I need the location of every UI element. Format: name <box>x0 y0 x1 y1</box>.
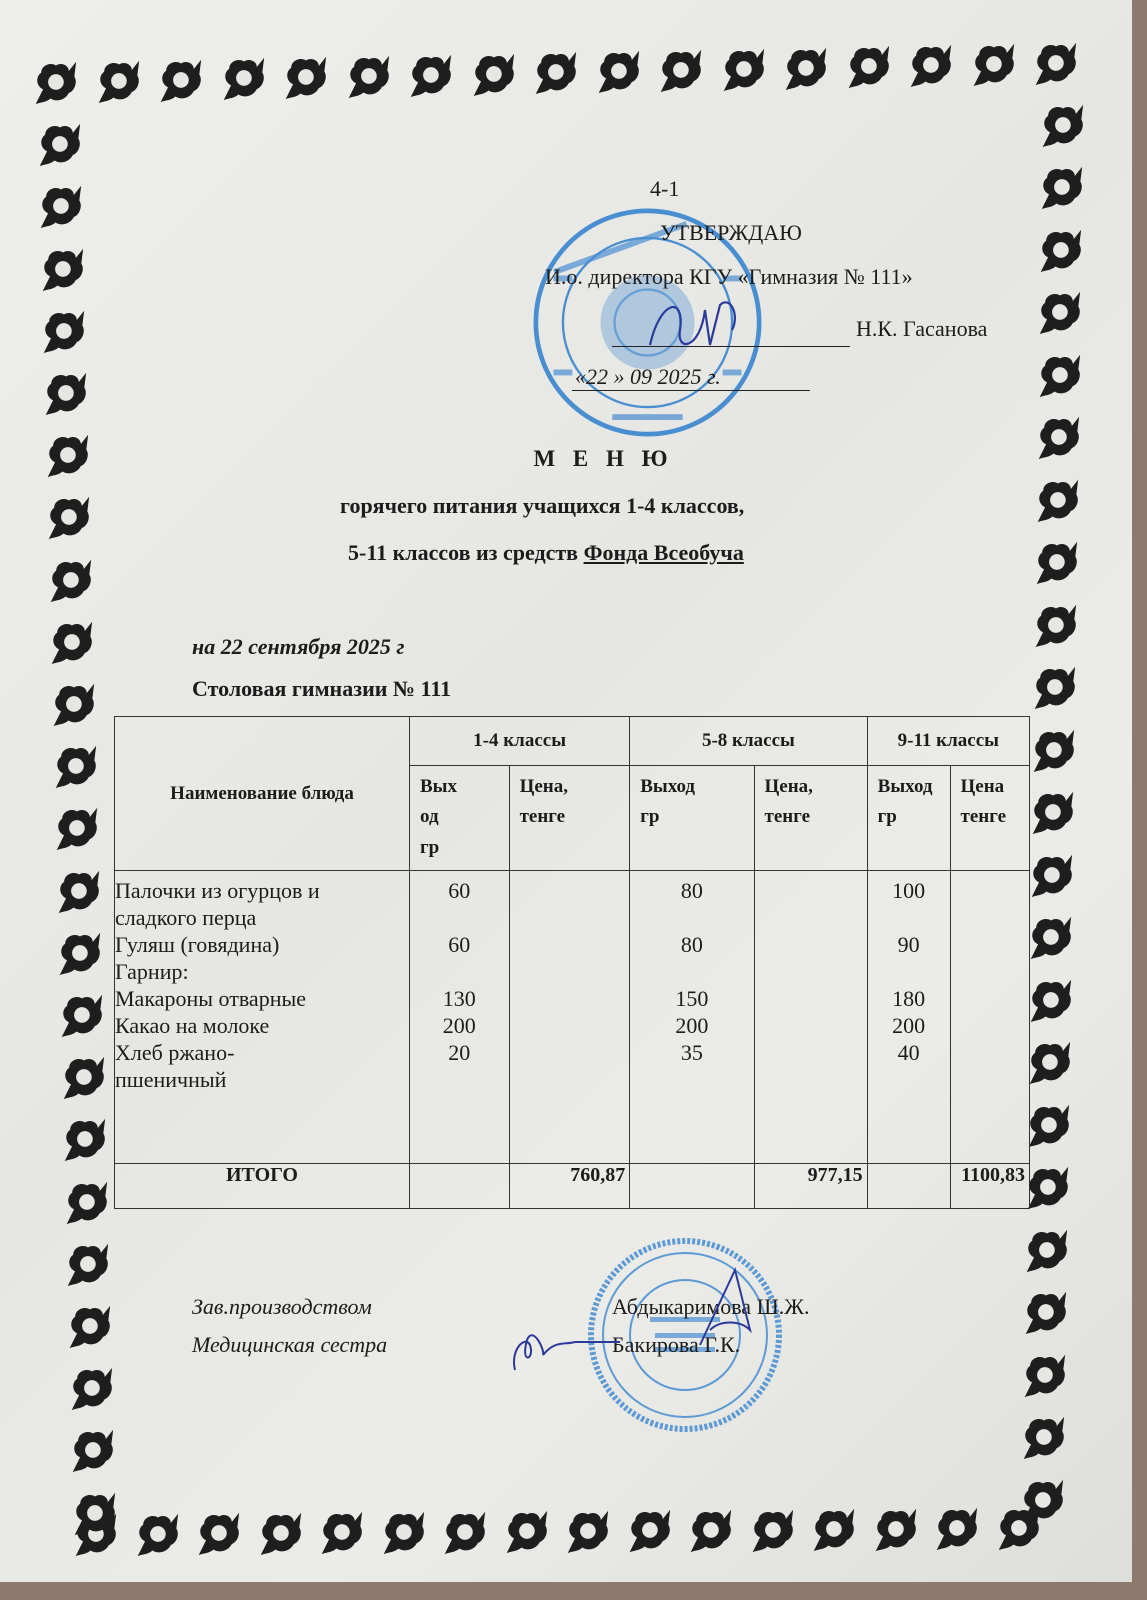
flower-ornament-icon <box>810 1505 856 1553</box>
total-price: 1100,83 <box>950 1164 1029 1209</box>
canteen-name: Столовая гимназии № 111 <box>192 676 451 702</box>
flower-ornament-icon <box>1032 601 1078 649</box>
dish-names: Палочки из огурцов исладкого перцаГуляш … <box>115 871 410 1164</box>
flower-ornament-icon <box>1020 1413 1066 1461</box>
dishes-row: Палочки из огурцов исладкого перцаГуляш … <box>115 871 1030 1164</box>
flower-ornament-icon <box>134 1510 180 1558</box>
dish-name: Палочки из огурцов и <box>115 877 409 904</box>
nurse-signature <box>505 1320 625 1380</box>
flower-ornament-icon <box>1027 976 1073 1024</box>
menu-date: на 22 сентября 2025 г <box>192 634 405 660</box>
flower-ornament-icon <box>782 44 828 92</box>
flower-ornament-icon <box>220 54 266 102</box>
flower-ornament-icon <box>532 48 578 96</box>
yield-values: 808015020035 <box>630 871 754 1164</box>
flower-ornament-icon <box>55 867 101 915</box>
yield-value: 80 <box>630 931 753 958</box>
nurse-name: Бакирова Г.К. <box>612 1332 740 1358</box>
document-page: 4-1 УТВЕРЖДАЮ И.о. директора КГУ «Гимназ… <box>0 0 1132 1582</box>
flower-ornament-icon <box>56 929 102 977</box>
flower-ornament-icon <box>1034 476 1080 524</box>
flower-ornament-icon <box>1033 538 1079 586</box>
flower-ornament-icon <box>52 742 98 790</box>
director-signature <box>640 290 760 360</box>
flower-ornament-icon <box>1031 663 1077 711</box>
yield-value: 60 <box>410 877 509 904</box>
flower-ornament-icon <box>407 51 453 99</box>
director-signature-line <box>612 346 850 347</box>
flower-ornament-icon <box>933 1504 979 1552</box>
yield-value: 100 <box>868 877 950 904</box>
flower-ornament-icon <box>66 1302 112 1350</box>
flower-ornament-icon <box>1023 1226 1069 1274</box>
flower-ornament-icon <box>36 120 82 168</box>
flower-ornament-icon <box>37 182 83 230</box>
yield-value: 35 <box>630 1039 753 1066</box>
flower-ornament-icon <box>657 46 703 94</box>
flower-ornament-icon <box>1036 351 1082 399</box>
price-values <box>509 871 630 1164</box>
menu-subtitle-line1: горячего питания учащихся 1-4 классов, <box>340 493 744 519</box>
flower-ornament-icon <box>687 1506 733 1554</box>
flower-ornament-icon <box>282 53 328 101</box>
flower-ornament-icon <box>1037 226 1083 274</box>
flower-ornament-icon <box>95 57 141 105</box>
document-number: 4-1 <box>650 176 679 202</box>
total-yield-empty <box>630 1164 754 1209</box>
dish-name-header: Наименование блюда <box>115 717 410 871</box>
yield-values: 1009018020040 <box>867 871 950 1164</box>
price-header: Цена,тенге <box>509 766 630 871</box>
flower-ornament-icon <box>1026 1038 1072 1086</box>
director-title: И.о. директора КГУ «Гимназия № 111» <box>545 264 913 290</box>
flower-ornament-icon <box>872 1505 918 1553</box>
total-yield-empty <box>867 1164 950 1209</box>
approval-date-line <box>572 390 810 391</box>
yield-header: Выходгр <box>867 766 950 871</box>
production-manager-role: Зав.производством <box>192 1294 372 1320</box>
yield-header: Выходгр <box>630 766 754 871</box>
total-price: 760,87 <box>509 1164 630 1209</box>
flower-ornament-icon <box>63 1178 109 1226</box>
flower-ornament-icon <box>626 1506 672 1554</box>
flower-ornament-icon <box>1025 1101 1071 1149</box>
flower-ornament-icon <box>48 618 94 666</box>
flower-ornament-icon <box>61 1115 107 1163</box>
total-price: 977,15 <box>754 1164 867 1209</box>
yield-value: 180 <box>868 985 950 1012</box>
dish-name: Гуляш (говядина) <box>115 931 409 958</box>
flower-ornament-icon <box>58 991 104 1039</box>
subtitle-prefix: 5-11 классов из средств <box>348 540 584 565</box>
flower-ornament-icon <box>40 307 86 355</box>
flower-ornament-icon <box>42 369 88 417</box>
flower-ornament-icon <box>32 58 78 106</box>
approve-label: УТВЕРЖДАЮ <box>660 220 802 246</box>
yield-value <box>630 904 753 931</box>
price-values <box>754 871 867 1164</box>
dish-name: Макароны отварные <box>115 985 409 1012</box>
yield-value: 130 <box>410 985 509 1012</box>
yield-value: 150 <box>630 985 753 1012</box>
group-header: 9-11 классы <box>867 717 1029 766</box>
flower-ornament-icon <box>47 556 93 604</box>
flower-ornament-icon <box>60 1053 106 1101</box>
flower-ornament-icon <box>69 1426 115 1474</box>
yield-value: 60 <box>410 931 509 958</box>
yield-value: 200 <box>868 1012 950 1039</box>
yield-value <box>868 904 950 931</box>
price-header: Ценатенге <box>950 766 1029 871</box>
flower-ornament-icon <box>157 56 203 104</box>
flower-ornament-icon <box>195 1509 241 1557</box>
flower-ornament-icon <box>1021 1351 1067 1399</box>
flower-ornament-icon <box>68 1364 114 1412</box>
dish-name: Хлеб ржано- <box>115 1039 409 1066</box>
flower-ornament-icon <box>470 50 516 98</box>
total-label: ИТОГО <box>115 1164 410 1209</box>
yield-value <box>630 958 753 985</box>
flower-ornament-icon <box>1027 913 1073 961</box>
flower-ornament-icon <box>45 493 91 541</box>
flower-ornament-icon <box>380 1508 426 1556</box>
flower-ornament-icon <box>1039 101 1085 149</box>
yield-value: 20 <box>410 1039 509 1066</box>
total-row: ИТОГО760,87977,151100,83 <box>115 1164 1030 1209</box>
flower-ornament-icon <box>1024 1163 1070 1211</box>
flower-ornament-icon <box>257 1509 303 1557</box>
flower-ornament-icon <box>345 52 391 100</box>
yield-value: 80 <box>630 877 753 904</box>
flower-ornament-icon <box>749 1506 795 1554</box>
dish-name: Гарнир: <box>115 958 409 985</box>
price-values <box>950 871 1029 1164</box>
flower-ornament-icon <box>318 1508 364 1556</box>
flower-ornament-icon <box>907 41 953 89</box>
flower-ornament-icon <box>441 1508 487 1556</box>
yield-value: 200 <box>630 1012 753 1039</box>
yield-header: Выходгр <box>410 766 510 871</box>
yield-value: 40 <box>868 1039 950 1066</box>
flower-ornament-icon <box>595 47 641 95</box>
yield-value <box>410 958 509 985</box>
flower-ornament-icon <box>1038 163 1084 211</box>
flower-ornament-icon <box>1019 1476 1065 1524</box>
yield-value: 90 <box>868 931 950 958</box>
dish-name: пшеничный <box>115 1066 409 1093</box>
flower-ornament-icon <box>1030 726 1076 774</box>
yield-value: 200 <box>410 1012 509 1039</box>
menu-title: М Е Н Ю <box>0 446 1147 472</box>
flower-ornament-icon <box>503 1507 549 1555</box>
dish-name: сладкого перца <box>115 904 409 931</box>
group-header: 5-8 классы <box>630 717 867 766</box>
dish-name: Какао на молоке <box>115 1012 409 1039</box>
production-manager-name: Абдыкаримова Ш.Ж. <box>612 1294 809 1320</box>
group-header: 1-4 классы <box>410 717 630 766</box>
fund-name: Фонда Всеобуча <box>584 540 744 565</box>
flower-ornament-icon <box>1032 39 1078 87</box>
flower-ornament-icon <box>564 1507 610 1555</box>
flower-ornament-icon <box>50 680 96 728</box>
flower-ornament-icon <box>53 804 99 852</box>
yield-value <box>410 904 509 931</box>
total-yield-empty <box>410 1164 510 1209</box>
yield-value <box>868 958 950 985</box>
yield-value <box>868 1066 950 1093</box>
menu-subtitle-line2: 5-11 классов из средств Фонда Всеобуча <box>348 540 744 566</box>
nurse-role: Медицинская сестра <box>192 1332 387 1358</box>
flower-ornament-icon <box>720 45 766 93</box>
flower-ornament-icon <box>39 245 85 293</box>
menu-table: Наименование блюда 1-4 классы 5-8 классы… <box>114 716 1030 1209</box>
flower-ornament-icon <box>1036 288 1082 336</box>
flower-ornament-icon <box>64 1240 110 1288</box>
flower-ornament-icon <box>71 1489 117 1537</box>
yield-values: 606013020020 <box>410 871 510 1164</box>
approval-date: «22 » 09 2025 г. <box>575 364 721 390</box>
yield-value <box>630 1066 753 1093</box>
yield-value <box>410 1066 509 1093</box>
flower-ornament-icon <box>1029 788 1075 836</box>
director-name: Н.К. Гасанова <box>856 316 987 342</box>
flower-ornament-icon <box>1022 1288 1068 1336</box>
flower-ornament-icon <box>845 42 891 90</box>
flower-ornament-icon <box>1028 851 1074 899</box>
flower-ornament-icon <box>970 40 1016 88</box>
price-header: Цена,тенге <box>754 766 867 871</box>
